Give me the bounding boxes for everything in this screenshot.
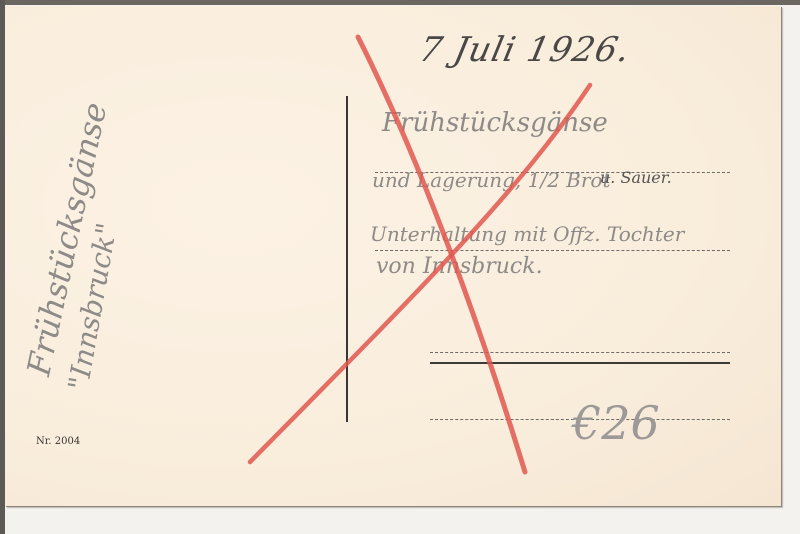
handwritten-line-2: und Lagerung, 1/2 Brot	[372, 168, 611, 192]
scan-border-top	[0, 0, 800, 5]
address-line-2	[375, 250, 730, 251]
handwritten-signature: €26	[572, 396, 660, 450]
address-line-solid	[430, 362, 730, 364]
publisher-number: Nr. 2004	[36, 436, 80, 447]
handwritten-line-1: Frühstücksgänse	[382, 108, 608, 138]
handwritten-line-4: von Innsbruck.	[376, 254, 543, 279]
postcard-divider-line	[346, 96, 348, 422]
handwritten-line-3: Unterhaltung mit Offz. Tochter	[370, 222, 684, 246]
address-line-3	[430, 352, 730, 353]
handwritten-annotation: u. Sauer.	[600, 168, 672, 187]
handwritten-date: 7 Juli 1926.	[416, 30, 634, 70]
